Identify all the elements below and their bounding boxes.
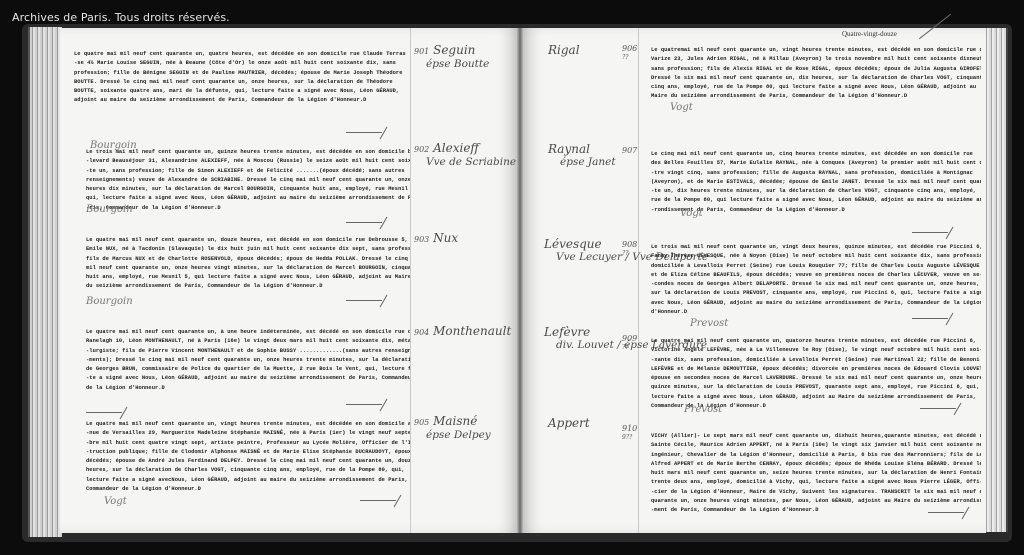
entry-text-line: trente deux ans, employé, domicilié à Vi… xyxy=(651,478,981,487)
declarant-signature: Vogt xyxy=(670,102,693,113)
register-entry-908: Le trois mai mil neuf cent quarante un, … xyxy=(651,243,981,317)
acte-number: 904 xyxy=(414,328,429,337)
register-entry-905: Le quatre mai mil neuf cent quarante un,… xyxy=(86,420,410,494)
entry-text-line: de Georges BRUN, commissaire de Police d… xyxy=(86,365,410,374)
entry-text-line: rue de la Pompe 80, qui lecture faite a … xyxy=(651,196,981,205)
page-edges-left xyxy=(28,27,62,537)
book-gutter xyxy=(517,28,523,533)
entry-text-line: d'Honneur.D xyxy=(651,308,981,317)
officer-paraph xyxy=(346,404,382,405)
entry-text-line: adjoint au maire du seizième arrondissem… xyxy=(74,96,410,105)
entry-text-line: Emile NUX, né à Tacdonin (Slavaquie) le … xyxy=(86,245,410,254)
entry-text-line: ingénieur, Chevalier de la Légion d'Honn… xyxy=(651,451,981,460)
entry-text-line: Varize 23, Jules Adrien RIGAL, né à Mill… xyxy=(651,55,981,64)
deceased-name: Lévesque xyxy=(544,237,602,251)
officer-paraph xyxy=(360,500,396,501)
register-entry-909: Le quatre mai mil neuf cent quarante un,… xyxy=(651,337,981,411)
deceased-alias: Vve de Scriabine xyxy=(414,156,516,169)
acte-number: 910 xyxy=(622,424,637,433)
entry-text-line: LEFÈVRE et de Mélanie DEMOUTTIER, époux … xyxy=(651,365,981,374)
entry-text-line: et de Eliza Céline BEAUFILS, époux décéd… xyxy=(651,271,981,280)
page-edges-right xyxy=(984,28,1008,532)
margin-note-902: 902 Alexieff Vve de Scriabine xyxy=(414,142,516,169)
entry-text-line: Le cinq mai mil neuf cent quarante un, c… xyxy=(651,150,981,159)
acte-number: 907 xyxy=(622,146,637,155)
margin-note-907: Raynal épse Janet xyxy=(548,143,616,169)
deceased-name: Rigal xyxy=(548,43,580,57)
entry-text-line: Commandeur de la Légion d'Honneur.D xyxy=(86,485,410,494)
register-entry-904: Le quatre mai mil neuf cent quarante un,… xyxy=(86,328,410,393)
entry-text-line: Maire du seizième arrondissement de Pari… xyxy=(651,92,981,101)
register-entry-910: VICHY (Allier)- Le sept mars mil neuf ce… xyxy=(651,432,981,516)
deceased-name: Lefèvre xyxy=(544,325,590,339)
acte-number: 906 xyxy=(622,44,637,53)
entry-text-line: des Belles Feuilles 57, Marie Eulalie RA… xyxy=(651,159,981,168)
entry-text-line: Le quatre mai mil neuf cent quarante un,… xyxy=(86,328,410,337)
declarant-paraph xyxy=(86,412,122,413)
entry-text-line: -ris, Commandeur de la Légion d'Honneur.… xyxy=(86,204,410,213)
page-header-number: Quatre-vingt-douze xyxy=(842,30,897,38)
entry-text-line: renseignements) veuve de Alexandre de SC… xyxy=(86,176,410,185)
declarant-signature: Bourgoin xyxy=(86,204,133,215)
deceased-alias: épse Boutte xyxy=(414,58,489,71)
entry-text-line: Dressé le six mai mil neuf cent quarante… xyxy=(651,74,981,83)
deceased-name: Seguin xyxy=(433,43,475,57)
entry-text-line: mil neuf cent quarante un, onze heures v… xyxy=(86,264,410,273)
entry-text-line: lecture faite a signé avecNous, Léon GÉR… xyxy=(86,476,410,485)
entry-text-line: -ments); Dressé le cinq mai mil neuf cen… xyxy=(86,356,410,365)
entry-text-line: BOUTTE, soixante quatre ans, mari de la … xyxy=(74,87,410,96)
officer-paraph xyxy=(912,232,948,233)
register-entry-907: Le cinq mai mil neuf cent quarante un, c… xyxy=(651,150,981,215)
entry-text-line: huit mars mil neuf cent quarante un, sei… xyxy=(651,469,981,478)
entry-text-line: Le quatre mai mil neuf cent quarante un,… xyxy=(74,50,410,59)
declarant-signature: Vogt xyxy=(680,208,703,219)
officer-paraph xyxy=(346,132,382,133)
entry-text-line: -condes noces de Georges Albert DELAPORT… xyxy=(651,280,981,289)
officer-paraph xyxy=(346,300,382,301)
register-entry-903: Le quatre mai mil neuf cent quarante un,… xyxy=(86,236,410,292)
right-margin-rule xyxy=(638,28,639,533)
entry-text-line: heures, sur la déclaration de Charles VO… xyxy=(86,466,410,475)
entry-text-line: quarante un, onze heures vingt minutes, … xyxy=(651,497,981,506)
acte-annotation: 9?? xyxy=(622,433,637,442)
entry-text-line: domiciliée à Levallois Perret (Seine) ru… xyxy=(651,262,981,271)
acte-annotation: ?? xyxy=(622,343,637,352)
entry-text-line: profession; fille de Bénigne SEGUIN et d… xyxy=(74,69,410,78)
entry-text-line: épouse en secondes noces de Marcel LAVER… xyxy=(651,374,981,383)
entry-text-line: -se 4½ Marie Louise SEGUIN, née à Beaune… xyxy=(74,59,410,68)
acte-number-909: 909 ?? xyxy=(622,334,637,352)
entry-text-line: -te un, sans profession; fille de Simon … xyxy=(86,167,410,176)
deceased-name: Alexieff xyxy=(433,141,479,155)
entry-text-line: -xante dix, sans profession, domiciliée … xyxy=(651,356,981,365)
acte-number-907: 907 xyxy=(622,146,637,155)
entry-text-line: Ranelagh 10, Léon MONTHENAULT, né à Pari… xyxy=(86,337,410,346)
declarant-signature: Prevost xyxy=(690,318,728,329)
acte-number: 902 xyxy=(414,145,429,154)
entry-text-line: Le trois mai mil neuf cent quarante un, … xyxy=(651,243,981,252)
entry-text-line: BOUTTE. Dressé le cinq mai mil neuf cent… xyxy=(74,78,410,87)
acte-number: 908 xyxy=(622,240,637,249)
register-entry-901: Le quatre mai mil neuf cent quarante un,… xyxy=(74,50,410,106)
entry-text-line: Fanny Thérèse LÉVESQUE, née à Noyon (Ois… xyxy=(651,252,981,261)
entry-text-line: Le quatre mai mil neuf cent quarante un,… xyxy=(651,337,981,346)
margin-note-901: 901 Seguin épse Boutte xyxy=(414,44,489,71)
declarant-signature: Prevost xyxy=(684,404,722,415)
entry-text-line: Alfred APPERT et de Marie Berthe CENRAY,… xyxy=(651,460,981,469)
deceased-alias: épse Delpey xyxy=(414,429,491,442)
entry-text-line: (Aveyron), et de Marie ESTIVALS, décédée… xyxy=(651,178,981,187)
declarant-signature: Bourgoin xyxy=(90,140,137,151)
entry-text-line: sans profession; fils de Alexis RIGAL et… xyxy=(651,65,981,74)
entry-text-line: décédés; épouse de André Jules Ferdinand… xyxy=(86,457,410,466)
entry-text-line: Victorine Angèle LEFÈVRE, née à La Ville… xyxy=(651,346,981,355)
entry-text-line: -te a signé avec Nous, Léon GÉRAUD, adjo… xyxy=(86,374,410,383)
entry-text-line: -truction publique; fille de Clodomir Al… xyxy=(86,448,410,457)
declarant-signature: Vogt xyxy=(104,496,127,507)
entry-text-line: de la Légion d'Honneur.D xyxy=(86,384,410,393)
entry-text-line: -cier de la Légion d'Honneur, Maire de V… xyxy=(651,488,981,497)
entry-text-line: Sainte Cécile, Maurice Adrien APPERT, né… xyxy=(651,441,981,450)
archive-watermark: Archives de Paris. Tous droits réservés. xyxy=(12,11,230,24)
margin-note-906: Rigal xyxy=(548,44,580,57)
entry-text-line: fils de Marcus NUX et de Charlotte ROSEN… xyxy=(86,255,410,264)
entry-text-line: cinq ans, employé, rue de la Pompe 80, q… xyxy=(651,83,981,92)
entry-text-line: sur la déclaration de Louis PREVOST, cin… xyxy=(651,289,981,298)
entry-text-line: Le quatre mai mil neuf cent quarante un,… xyxy=(86,236,410,245)
entry-text-line: Le quatremai mil neuf cent quarante un, … xyxy=(651,46,981,55)
entry-text-line: heures dix minutes, sur la déclaration d… xyxy=(86,185,410,194)
acte-annotation: ?? xyxy=(622,53,637,62)
entry-text-line: qui, lecture faite a signé avec Nous, Lé… xyxy=(86,194,410,203)
entry-text-line: VICHY (Allier)- Le sept mars mil neuf ce… xyxy=(651,432,981,441)
register-entry-906: Le quatremai mil neuf cent quarante un, … xyxy=(651,46,981,102)
officer-paraph xyxy=(928,512,964,513)
acte-number-910: 910 9?? xyxy=(622,424,637,442)
deceased-name: Appert xyxy=(548,416,590,430)
entry-text-line: -te un, dix heures trente minutes, sur l… xyxy=(651,187,981,196)
acte-annotation: ?? xyxy=(622,249,637,258)
acte-number-906: 906 ?? xyxy=(622,44,637,62)
entry-text-line: Le quatre mai mil neuf cent quarante un,… xyxy=(86,420,410,429)
acte-number: 901 xyxy=(414,47,429,56)
entry-text-line: quinze minutes, sur la déclaration de Lo… xyxy=(651,383,981,392)
entry-text-line: lecture faite a signé avec Nous, Léon GÉ… xyxy=(651,393,981,402)
acte-number: 905 xyxy=(414,418,429,427)
entry-text-line: -nue de Versailles 29, Marguerite Madele… xyxy=(86,429,410,438)
acte-number-908: 908 ?? xyxy=(622,240,637,258)
entry-text-line: -tre vingt cinq, sans profession; fille … xyxy=(651,169,981,178)
deceased-name: Raynal xyxy=(548,142,590,156)
officer-paraph xyxy=(346,222,382,223)
officer-paraph xyxy=(912,318,948,319)
acte-number: 909 xyxy=(622,334,637,343)
margin-note-905: 905 Maisné épse Delpey xyxy=(414,415,491,442)
entry-text-line: -bre mil huit cent quatre vingt sept, ar… xyxy=(86,439,410,448)
declarant-signature: Bourgoin xyxy=(86,296,133,307)
entry-text-line: du seizième arrondissement de Paris, Com… xyxy=(86,282,410,291)
entry-text-line: avec Nous, Léon GÉRAUD, adjoint au maire… xyxy=(651,299,981,308)
entry-text-line: -lurgiste; fils de Pierre Vincent MONTHE… xyxy=(86,347,410,356)
acte-number: 903 xyxy=(414,235,429,244)
deceased-name: Monthenault xyxy=(433,324,511,338)
margin-note-910: Appert xyxy=(548,417,590,430)
entry-text-line: -levard Beauséjour 31, Alexandrine ALEXI… xyxy=(86,157,410,166)
officer-paraph xyxy=(920,408,956,409)
margin-note-904: 904 Monthenault xyxy=(414,325,511,339)
deceased-alias: épse Janet xyxy=(548,156,616,169)
deceased-name: Maisné xyxy=(433,414,477,428)
register-entry-902: Le trois mai mil neuf cent quarante un, … xyxy=(86,148,410,213)
deceased-name: Nux xyxy=(433,231,458,245)
left-margin-rule xyxy=(410,28,411,533)
entry-text-line: huit ans, employé, rue Mesnil 5, qui lec… xyxy=(86,273,410,282)
margin-note-903: 903 Nux xyxy=(414,232,458,246)
